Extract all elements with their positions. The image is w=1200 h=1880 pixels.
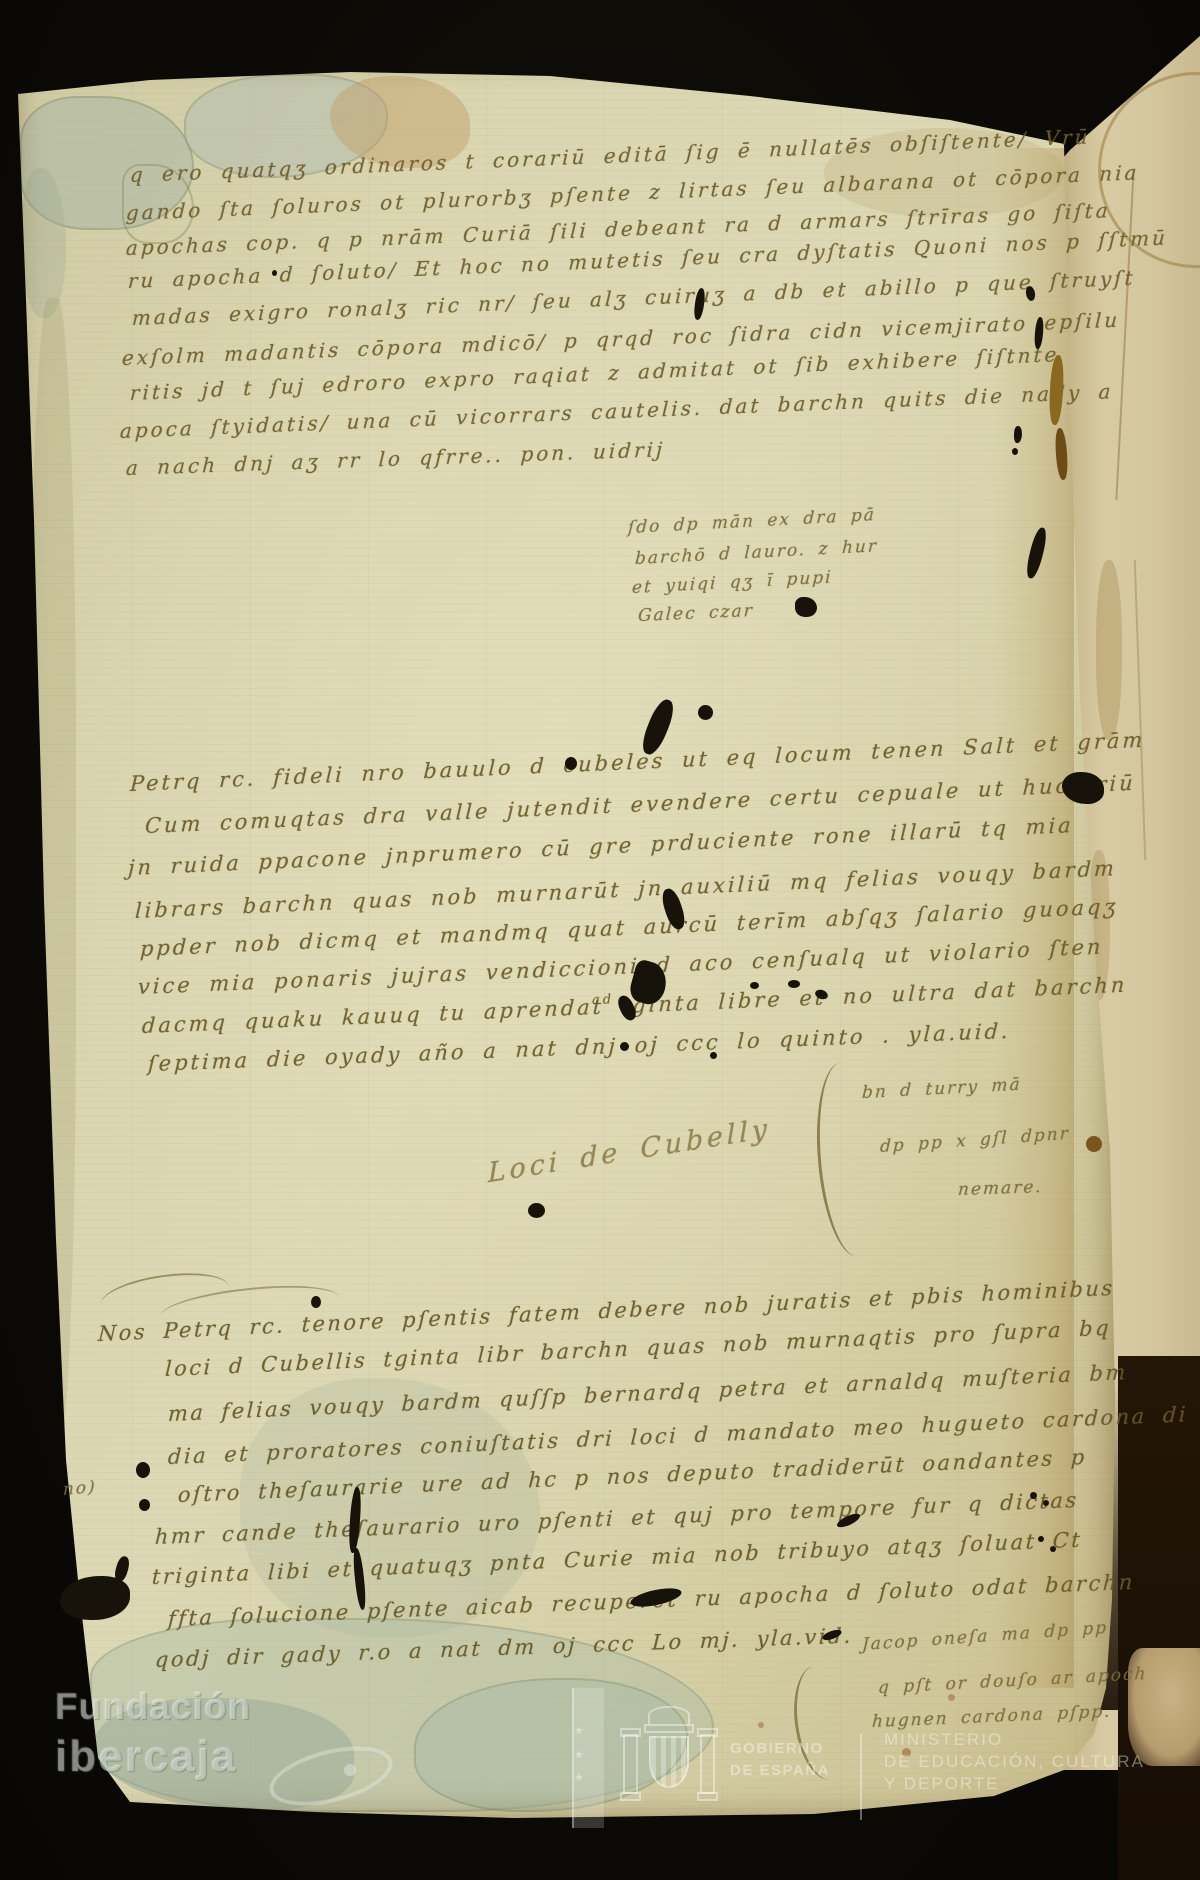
watermark-divider [860, 1734, 862, 1820]
star-icon: ★ [574, 1748, 584, 1761]
foundation-watermark-line2: ibercaja [55, 1732, 237, 1782]
pillar-base [620, 1792, 641, 1801]
pillar-cap [620, 1728, 641, 1737]
ministry-watermark-line1: MINISTERIO [884, 1730, 1003, 1750]
ink-blot [788, 980, 800, 988]
foundation-logo-dot [344, 1764, 356, 1776]
interlinear-addition: ad [592, 992, 615, 1008]
foundation-watermark-line1: Fundación [55, 1686, 251, 1728]
ink-blot [750, 982, 759, 989]
ink-blot [1043, 1500, 1049, 1506]
manuscript-photo: q ero quatqʒ ordinaros t corariū editā ſ… [0, 0, 1200, 1880]
star-icon: ★ [574, 1771, 584, 1784]
book-cover-corner [1118, 1356, 1200, 1880]
ink-blot [710, 1052, 717, 1059]
ink-blot [1050, 1546, 1056, 1552]
ink-blot [528, 1203, 545, 1218]
star-icon: ★ [574, 1724, 584, 1737]
folio-blotch [1096, 560, 1122, 740]
ink-blot [565, 757, 577, 770]
ministry-watermark-line2: DE EDUCACIÓN, CULTURA [884, 1752, 1145, 1772]
pillar-cap [697, 1728, 718, 1737]
ink-blot [272, 270, 277, 276]
ink-blot [311, 1296, 321, 1308]
ink-blot [620, 1042, 629, 1051]
government-watermark-line2: DE ESPAÑA [730, 1762, 830, 1779]
ink-blot [1030, 1492, 1037, 1499]
rust-dot [1086, 1136, 1102, 1152]
crown-band [644, 1724, 694, 1733]
crown-icon [648, 1706, 690, 1724]
chancery-note-line: nemare. [957, 1177, 1043, 1200]
ink-blot [139, 1499, 150, 1511]
spain-coat-of-arms [618, 1706, 718, 1810]
pillar-icon [623, 1734, 638, 1794]
ink-blot [698, 705, 713, 720]
ink-blot [1038, 1536, 1044, 1542]
pillar-icon [700, 1734, 715, 1794]
ink-blot [136, 1462, 150, 1478]
pillar-base [697, 1792, 718, 1801]
ministry-watermark-line3: Y DEPORTE [884, 1774, 1000, 1794]
shield-icon [649, 1736, 689, 1788]
marginal-note: no) [63, 1477, 97, 1500]
government-watermark-line1: GOBIERNO [730, 1740, 824, 1757]
ink-blot [1012, 448, 1018, 455]
ink-blot [795, 597, 817, 617]
